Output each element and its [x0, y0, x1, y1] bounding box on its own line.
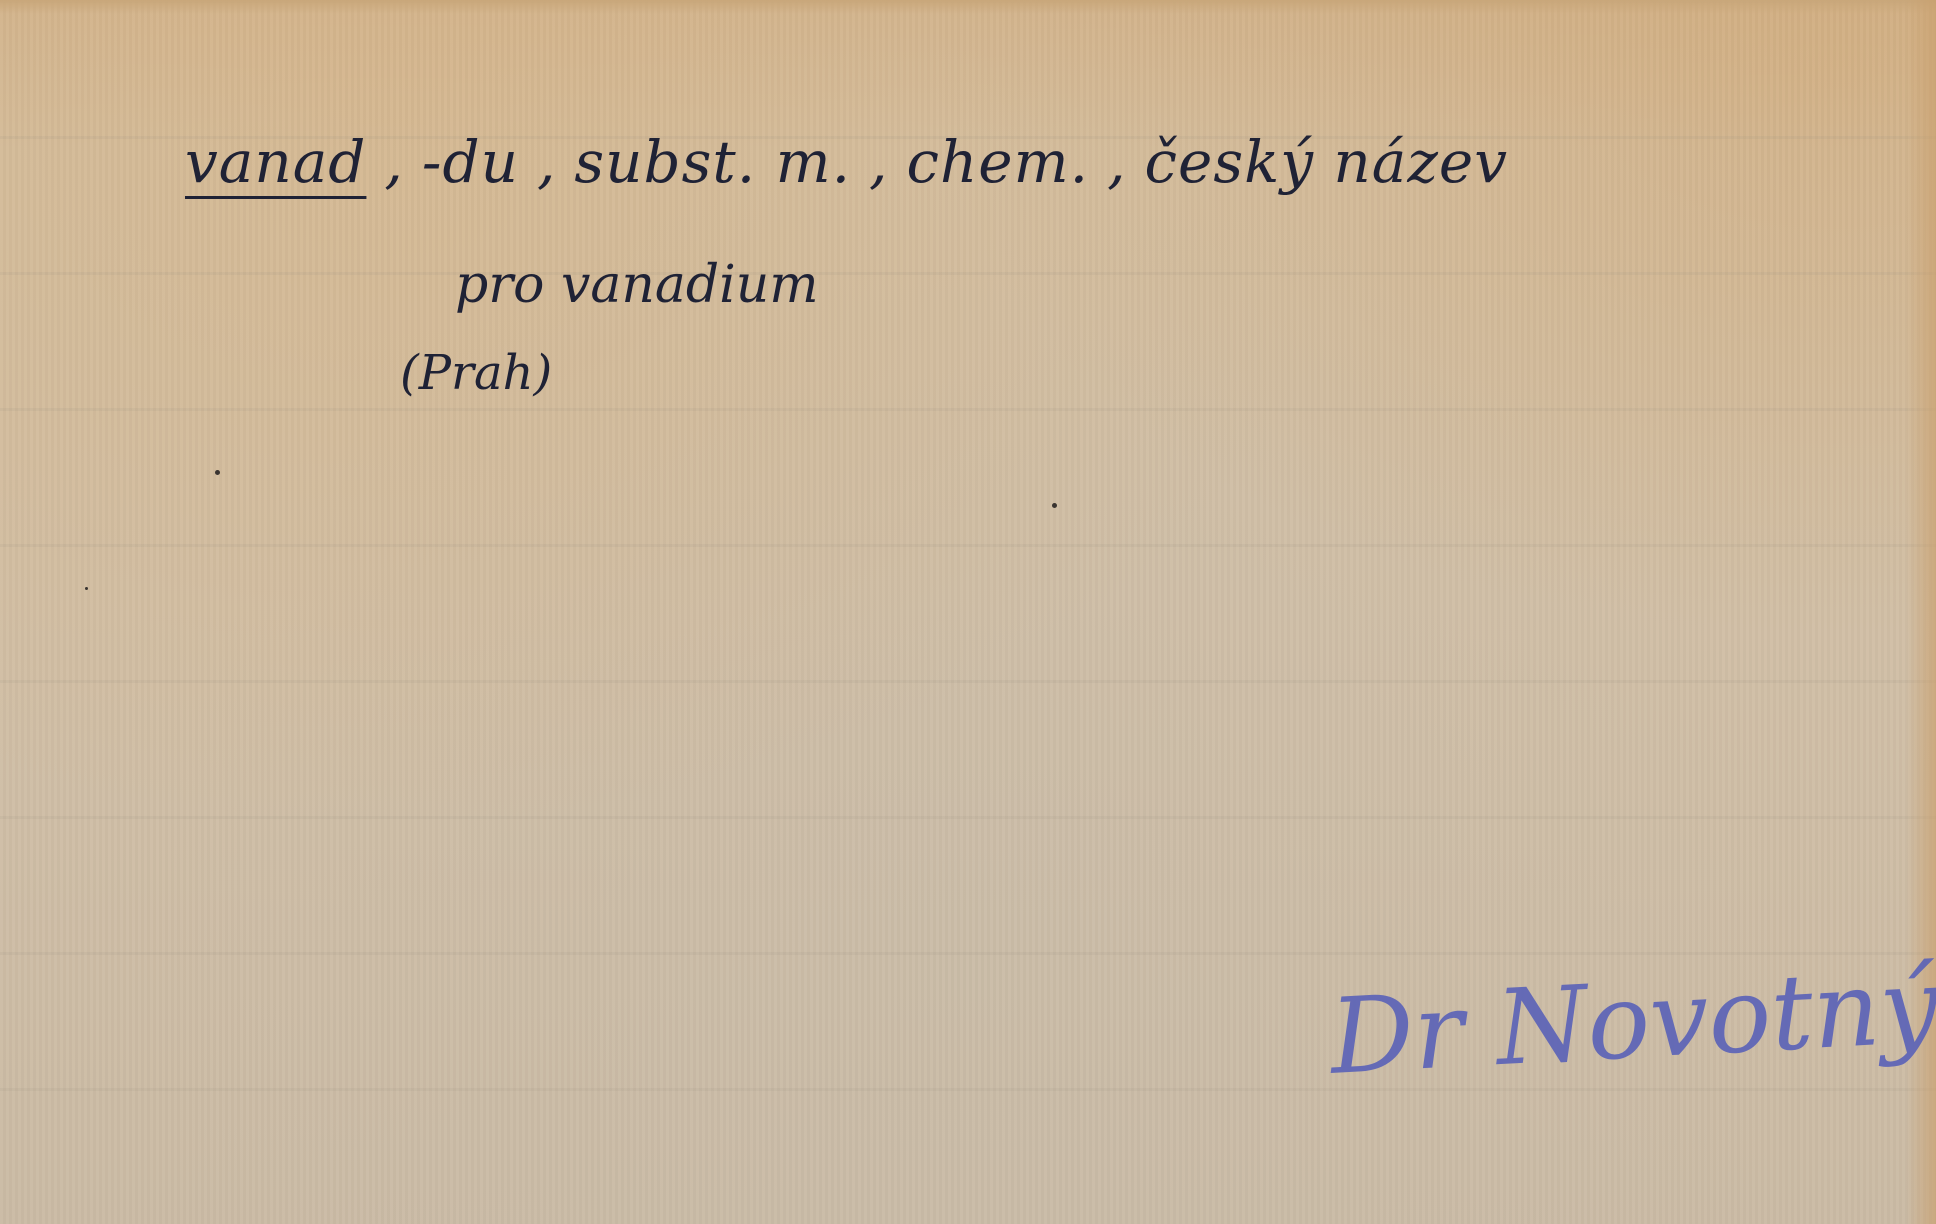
- entry-line-3: (Prah): [400, 345, 552, 401]
- genitive-ending: -du: [422, 128, 519, 196]
- entry-line-1: vanad,-du,subst. m.,chem.,český název: [185, 128, 1508, 196]
- paper-edge-top: [0, 0, 1936, 14]
- signature: Dr Novotný: [1327, 944, 1936, 1098]
- ink-speck: [85, 587, 88, 590]
- ink-speck: [1052, 503, 1057, 508]
- definition-part-1: český název: [1145, 128, 1509, 196]
- slip-card: vanad,-du,subst. m.,chem.,český název pr…: [0, 0, 1936, 1224]
- ink-speck: [215, 470, 220, 475]
- headword: vanad: [185, 128, 366, 196]
- grammar-label: subst. m.: [574, 128, 851, 196]
- definition-part-2: pro vanadium: [455, 255, 819, 315]
- field-label: chem.: [906, 128, 1089, 196]
- source-reference: (Prah): [400, 345, 552, 401]
- entry-line-2: pro vanadium: [455, 255, 819, 315]
